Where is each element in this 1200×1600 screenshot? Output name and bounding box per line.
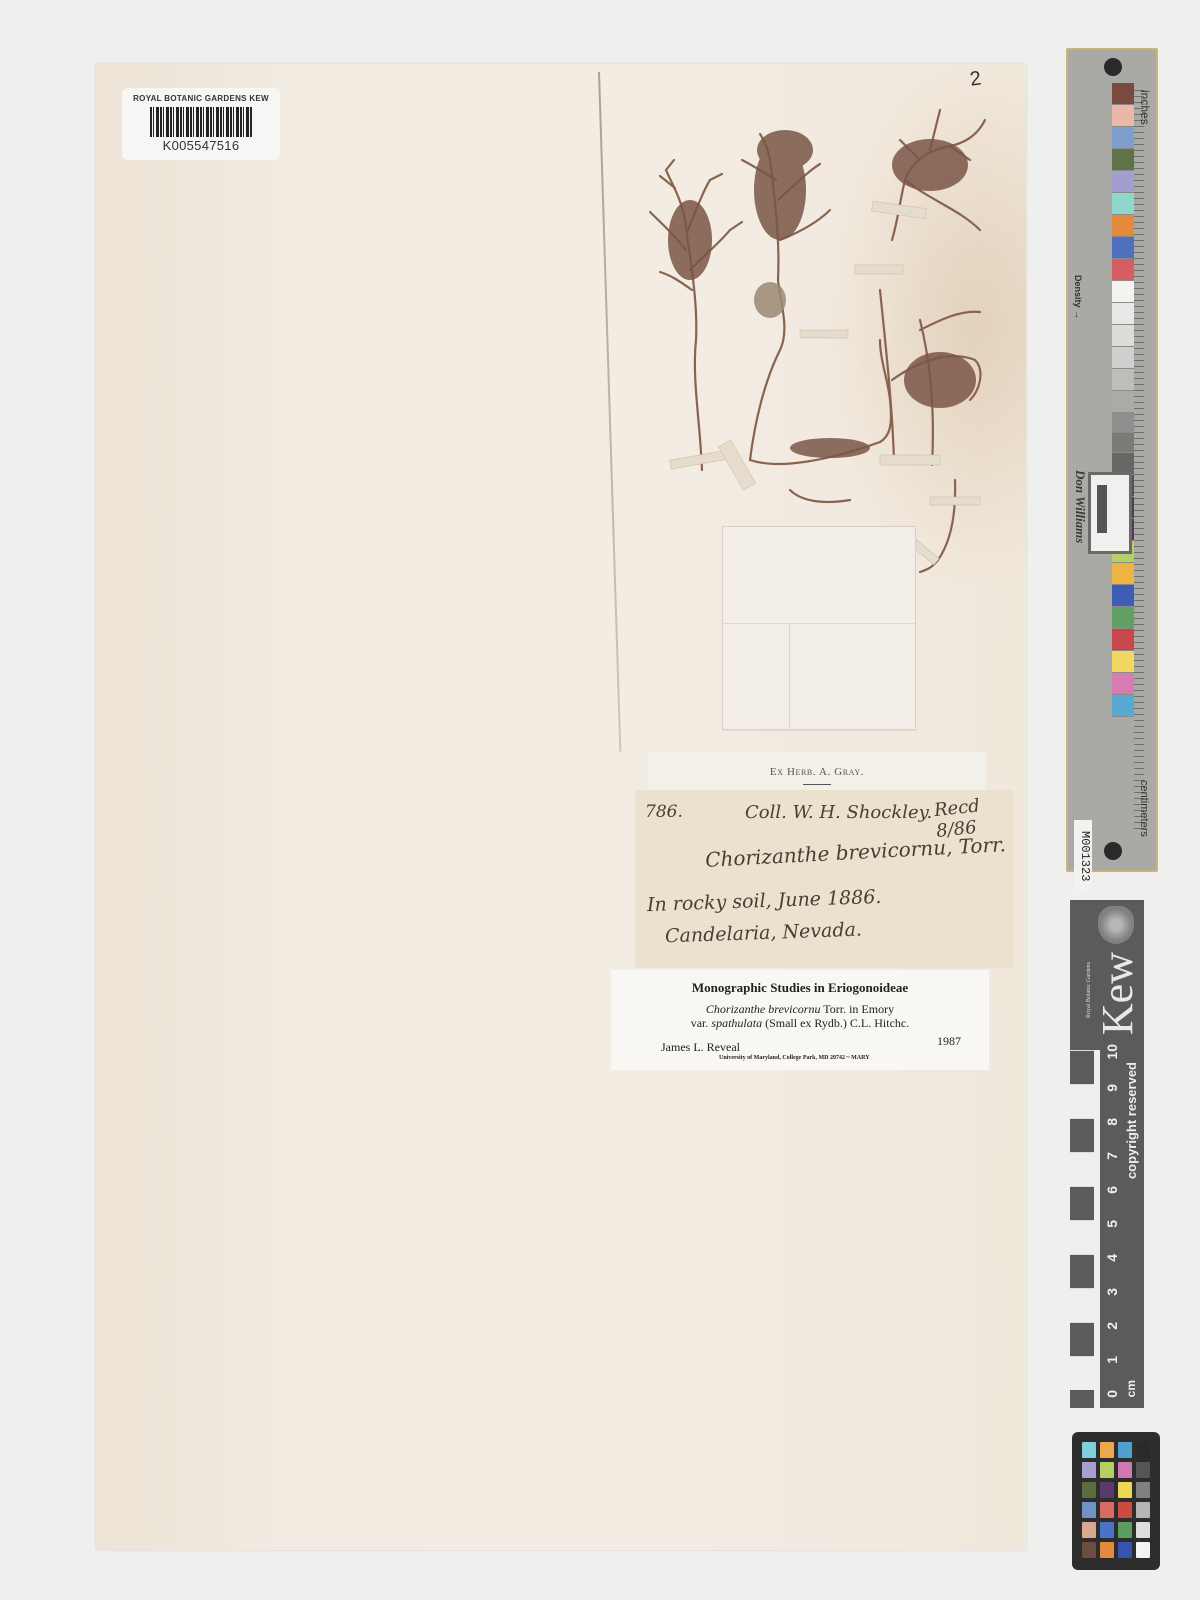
det-taxon: Chorizanthe brevicornu Torr. in Emory — [611, 1002, 989, 1017]
habitat-date: In rocky soil, June 1886. — [647, 886, 882, 916]
barcode-number: K005547516 — [122, 138, 280, 153]
color-swatch — [1112, 369, 1134, 391]
cm-block — [1070, 1356, 1094, 1390]
color-swatch — [1112, 127, 1134, 149]
cm-block — [1070, 1220, 1094, 1254]
fragment-packet — [722, 526, 916, 730]
handwritten-taxon: Chorizanthe brevicornu, Torr. — [705, 832, 1007, 872]
det-authority: Torr. in Emory — [820, 1002, 894, 1016]
cm-tick-label: 5 — [1104, 1220, 1120, 1228]
color-swatch — [1112, 105, 1134, 127]
collector: Coll. W. H. Shockley. — [745, 802, 932, 823]
barcode-label: ROYAL BOTANIC GARDENS KEW K005547516 — [122, 88, 280, 160]
packet-fold — [789, 623, 790, 729]
det-variety-line: var. spathulata (Small ex Rydb.) C.L. Hi… — [611, 1016, 989, 1031]
color-swatch — [1112, 347, 1134, 369]
determiner: James L. Reveal — [661, 1040, 740, 1055]
grayscale-target — [1088, 472, 1132, 554]
kew-subtitle: Royal Botanic Gardens — [1086, 962, 1092, 1018]
color-swatch — [1112, 215, 1134, 237]
color-swatch — [1112, 237, 1134, 259]
checker-patch — [1136, 1462, 1150, 1478]
color-swatch — [1112, 585, 1134, 607]
color-swatch — [1112, 413, 1134, 433]
color-swatch — [1112, 281, 1134, 303]
inches-label: inches — [1138, 90, 1152, 125]
checker-patch — [1136, 1542, 1150, 1558]
color-swatch — [1112, 83, 1134, 105]
handwritten-collection-label: 786. Coll. W. H. Shockley. Recd 8/86 Cho… — [635, 790, 1013, 968]
color-swatch — [1112, 391, 1134, 413]
kew-crest-icon — [1098, 906, 1134, 944]
cm-tick-label: 7 — [1104, 1152, 1120, 1160]
color-swatch — [1112, 149, 1134, 171]
cm-tick-label: 6 — [1104, 1186, 1120, 1194]
kew-scale-bar: Royal Botanic Gardens Kew copyright rese… — [1070, 900, 1144, 1408]
checker-patch — [1082, 1522, 1096, 1538]
cm-tick-label: 2 — [1104, 1322, 1120, 1330]
checker-patch — [1136, 1502, 1150, 1518]
checker-patch — [1118, 1482, 1132, 1498]
cm-block — [1070, 1084, 1094, 1118]
determination-label: Monographic Studies in Eriogonoideae Cho… — [611, 970, 989, 1070]
cm-block — [1070, 1186, 1094, 1220]
strip-brand: Don Williams — [1072, 470, 1088, 543]
color-density-strip: inches centimeters Density → Don William… — [1066, 48, 1158, 872]
color-swatch — [1112, 325, 1134, 347]
checker-patch — [1082, 1462, 1096, 1478]
checker-patch — [1118, 1462, 1132, 1478]
color-swatch — [1112, 629, 1134, 651]
cm-block — [1070, 1152, 1094, 1186]
checker-patch — [1082, 1502, 1096, 1518]
cm-block — [1070, 1050, 1094, 1084]
cm-tick-label: 10 — [1104, 1044, 1120, 1060]
gray-bar — [1097, 485, 1107, 533]
cm-tick-label: 4 — [1104, 1254, 1120, 1262]
det-institution: University of Maryland, College Park, MD… — [719, 1055, 870, 1061]
cm-unit-label: cm — [1124, 1380, 1138, 1397]
barcode-icon — [150, 107, 252, 137]
cm-tick-label: 0 — [1104, 1390, 1120, 1398]
color-swatch — [1112, 171, 1134, 193]
color-swatch — [1112, 303, 1134, 325]
det-variety: spathulata — [711, 1016, 762, 1030]
checker-patch — [1100, 1482, 1114, 1498]
scale-rail — [1094, 1050, 1100, 1408]
checker-patch — [1118, 1522, 1132, 1538]
color-swatch — [1112, 673, 1134, 695]
det-species: Chorizanthe brevicornu — [706, 1002, 821, 1016]
label-rule — [803, 784, 831, 785]
cm-tick-label: 8 — [1104, 1118, 1120, 1126]
checker-patch — [1100, 1462, 1114, 1478]
locality: Candelaria, Nevada. — [665, 919, 863, 948]
det-var-prefix: var. — [691, 1016, 712, 1030]
cm-scale: 012345678910 — [1070, 1050, 1144, 1408]
color-swatch — [1112, 695, 1134, 717]
ex-herbarium-text: Ex Herb. A. Gray. — [648, 766, 986, 778]
plant-specimens — [630, 80, 1020, 600]
checker-patch — [1118, 1442, 1132, 1458]
strip-id: M001323 — [1074, 820, 1092, 890]
strip-ruler — [1134, 90, 1144, 830]
cm-block — [1070, 1254, 1094, 1288]
color-swatch — [1112, 607, 1134, 629]
color-swatches — [1112, 83, 1134, 717]
det-variety-authority: (Small ex Rydb.) C.L. Hitchc. — [762, 1016, 909, 1030]
checker-patch — [1100, 1442, 1114, 1458]
color-swatch — [1112, 433, 1134, 453]
strip-hole-icon — [1104, 842, 1122, 860]
color-checker — [1072, 1432, 1160, 1570]
color-swatch — [1112, 563, 1134, 585]
det-year: 1987 — [937, 1034, 961, 1049]
cm-block — [1070, 1322, 1094, 1356]
cm-block — [1070, 1288, 1094, 1322]
kew-logo: Kew — [1096, 952, 1140, 1035]
cm-tick-label: 9 — [1104, 1084, 1120, 1092]
packet-fold — [723, 623, 915, 624]
checker-patch — [1082, 1482, 1096, 1498]
checker-patch — [1082, 1442, 1096, 1458]
checker-patch — [1136, 1482, 1150, 1498]
det-title: Monographic Studies in Eriogonoideae — [611, 980, 989, 996]
color-swatch — [1112, 259, 1134, 281]
centimeters-label: centimeters — [1138, 780, 1150, 837]
checker-patch — [1136, 1442, 1150, 1458]
checker-patch — [1082, 1542, 1096, 1558]
checker-patch — [1100, 1522, 1114, 1538]
cm-block — [1070, 1118, 1094, 1152]
checker-patch — [1118, 1502, 1132, 1518]
color-swatch — [1112, 193, 1134, 215]
barcode-institution: ROYAL BOTANIC GARDENS KEW — [122, 94, 280, 103]
cm-tick-label: 1 — [1104, 1356, 1120, 1364]
collection-number: 786. — [645, 802, 683, 822]
checker-patch — [1100, 1542, 1114, 1558]
density-label: Density → — [1073, 275, 1083, 319]
ex-herbarium-label: Ex Herb. A. Gray. — [648, 752, 986, 792]
checker-patch — [1100, 1502, 1114, 1518]
cm-tick-label: 3 — [1104, 1288, 1120, 1296]
strip-hole-icon — [1104, 58, 1122, 76]
checker-patch — [1118, 1542, 1132, 1558]
checker-patch — [1136, 1522, 1150, 1538]
color-swatch — [1112, 651, 1134, 673]
